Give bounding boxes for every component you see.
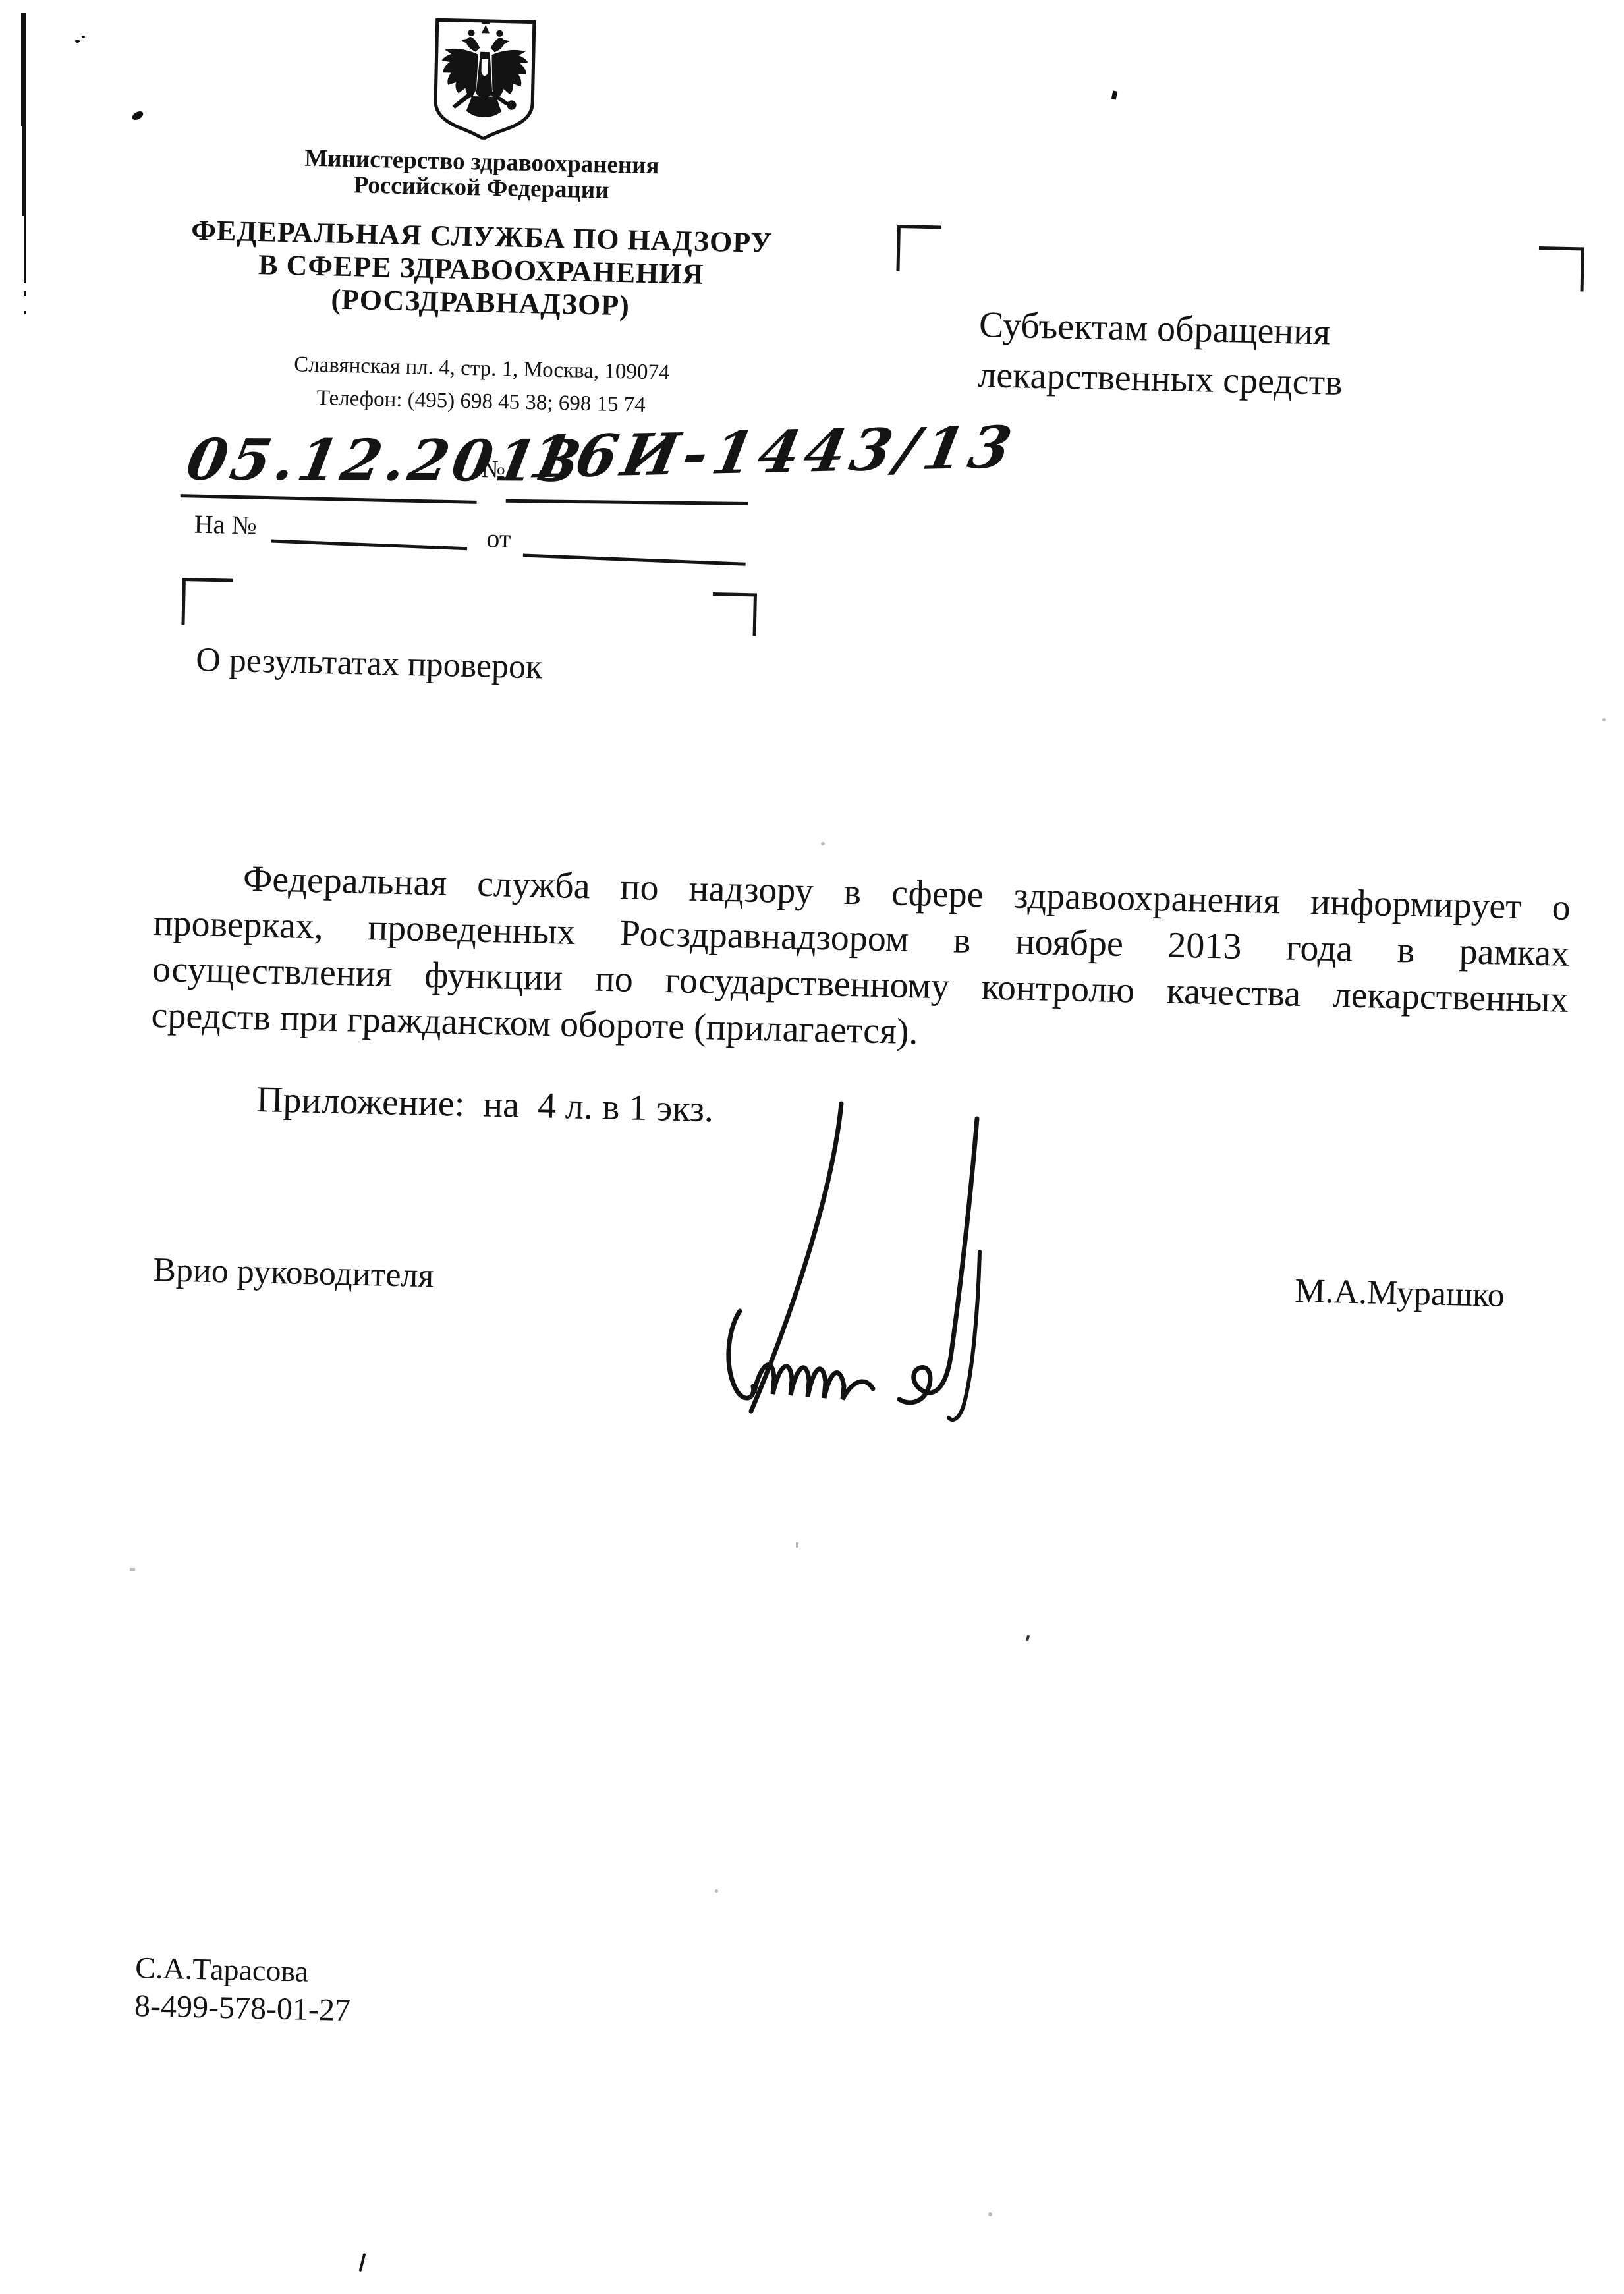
scan-speck <box>75 40 80 43</box>
scan-speck <box>359 2253 366 2272</box>
signer-title: Врио руководителя <box>153 1250 434 1296</box>
scan-speck <box>988 2212 992 2216</box>
reply-date-label: от <box>486 524 511 553</box>
scan-speck <box>821 842 825 845</box>
scan-speck <box>1602 718 1606 721</box>
scan-speck <box>1026 1635 1030 1642</box>
number-underline <box>506 499 748 505</box>
executor-block: С.А.Тарасова 8-499-578-01-27 <box>134 1949 351 2030</box>
letterhead-contacts: Славянская пл. 4, стр. 1, Москва, 109074… <box>165 345 798 425</box>
corner-mark-top-left <box>896 225 941 272</box>
scan-speck <box>24 311 26 314</box>
reply-number-underline <box>271 540 467 551</box>
signer-name: М.А.Мурашко <box>1295 1272 1505 1316</box>
reference-row: 05.12.2013 № 16И-1443/13 На № от <box>175 427 1034 603</box>
handwritten-signature-icon <box>715 1094 998 1423</box>
scan-edge-line <box>24 215 26 283</box>
scan-edge-line <box>21 13 26 126</box>
executor-name: С.А.Тарасова <box>135 1949 352 1992</box>
body-paragraph: Федеральная служба по надзору в сфере зд… <box>151 854 1571 1069</box>
recipient-line2: лекарственных средств <box>978 350 1343 408</box>
scan-speck <box>796 1542 798 1548</box>
recipient-line1: Субъектам обращения <box>978 300 1344 358</box>
scan-speck <box>130 109 144 122</box>
scan-speck <box>82 36 85 38</box>
scan-speck <box>24 291 26 296</box>
recipient-block: Субъектам обращения лекарственных средст… <box>978 300 1344 408</box>
scanned-letter-page: { "colors": { "ink": "#141414", "paper":… <box>0 0 1624 2294</box>
scan-speck <box>130 1568 135 1571</box>
number-sign: № <box>481 456 505 483</box>
reply-number-label: На № <box>194 510 257 540</box>
reply-date-underline <box>523 554 746 566</box>
attachment-line: Приложение: на 4 л. в 1 экз. <box>256 1077 714 1133</box>
corner-mark-subject-left <box>181 578 233 626</box>
scan-edge-line <box>22 125 26 216</box>
corner-mark-subject-right <box>712 592 757 636</box>
ministry-name: Министерство здравоохранения Российской … <box>165 142 798 208</box>
date-underline <box>181 494 477 504</box>
scan-speck <box>715 1889 718 1893</box>
corner-mark-top-right <box>1538 246 1584 291</box>
service-name: ФЕДЕРАЛЬНАЯ СЛУЖБА ПО НАДЗОРУ В СФЕРЕ ЗД… <box>164 213 798 326</box>
scan-speck <box>1111 90 1118 99</box>
subject-line: О результатах проверок <box>196 640 543 687</box>
coat-of-arms-icon <box>429 16 540 141</box>
outgoing-number-handwritten: 16И-1443/13 <box>524 414 1022 490</box>
executor-phone: 8-499-578-01-27 <box>134 1987 350 2030</box>
